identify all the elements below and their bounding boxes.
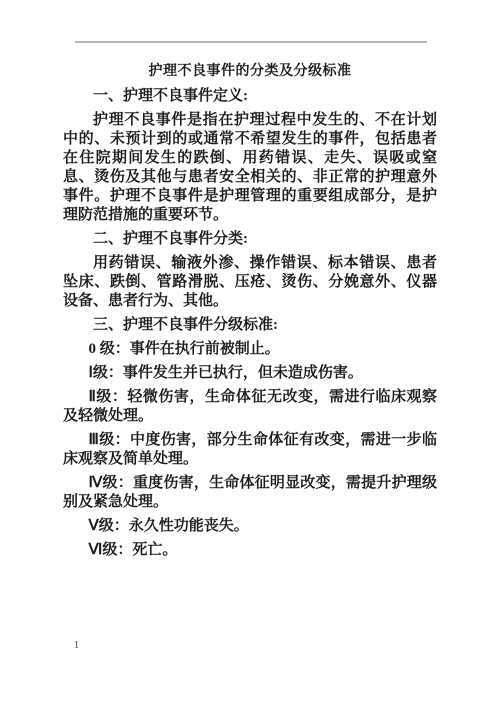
grade-item-0: 0 级：事件在执行前被制止。: [63, 340, 437, 359]
grade-item-6: Ⅵ级：死亡。: [63, 541, 437, 560]
document-page: 护理不良事件的分类及分级标准 一、护理不良事件定义: 护理不良事件是指在护理过程…: [0, 0, 500, 707]
section-classification: 二、护理不良事件分类: 用药错误、输液外渗、操作错误、标本错误、患者坠床、跌倒、…: [63, 230, 437, 311]
section-definition: 一、护理不良事件定义: 护理不良事件是指在护理过程中发生的、不在计划中的、未预计…: [63, 87, 437, 225]
section-body-definition: 护理不良事件是指在护理过程中发生的、不在计划中的、未预计到的或通常不希望发生的事…: [63, 111, 437, 225]
grade-item-2: Ⅱ级：轻微伤害，生命体征无改变，需进行临床观察及轻微处理。: [63, 388, 437, 426]
section-heading-classification: 二、护理不良事件分类:: [63, 230, 437, 249]
section-heading-definition: 一、护理不良事件定义:: [63, 87, 437, 106]
page-number: 1: [74, 640, 79, 652]
section-heading-grading: 三、护理不良事件分级标准:: [63, 316, 437, 335]
document-title: 护理不良事件的分类及分级标准: [63, 62, 437, 81]
document-content: 护理不良事件的分类及分级标准 一、护理不良事件定义: 护理不良事件是指在护理过程…: [63, 43, 437, 565]
grade-item-1: Ⅰ级：事件发生并已执行，但未造成伤害。: [63, 364, 437, 383]
section-body-classification: 用药错误、输液外渗、操作错误、标本错误、患者坠床、跌倒、管路滑脱、压疮、烫伤、分…: [63, 254, 437, 311]
section-grading: 三、护理不良事件分级标准: 0 级：事件在执行前被制止。 Ⅰ级：事件发生并已执行…: [63, 316, 437, 560]
grade-item-3: Ⅲ级：中度伤害，部分生命体征有改变，需进一步临床观察及简单处理。: [63, 431, 437, 469]
grade-item-5: Ⅴ级：永久性功能丧失。: [63, 517, 437, 536]
grade-item-4: Ⅳ级：重度伤害，生命体征明显改变，需提升护理级别及紧急处理。: [63, 474, 437, 512]
